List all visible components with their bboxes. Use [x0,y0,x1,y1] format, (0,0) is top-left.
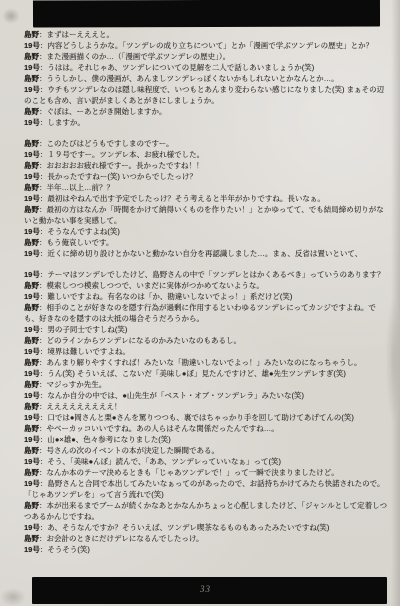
dialogue-line: 島野：半年…以上…前？？ [24,182,388,193]
dialogue-text: ：もう俺哀しいです。 [39,238,113,247]
speaker-name: 島野 [24,161,39,170]
dialogue-line: 島野：どのラインからツンデレになるのかみたいなのもあるし。 [24,335,388,346]
dialogue-line: 19号：口では●岡さんと栗●さんを罵りつつも、裏ではちゃっかり手を回して助けてあ… [24,412,388,423]
dialogue-text: ：本が出来るまでブームが続くかなあとかなんかちょっと心配しましたけど、「ジャンル… [24,501,387,521]
speaker-name: 島野 [24,534,39,543]
dialogue-line: 島野：また漫画描くのか…（「漫画で学ぶツンデレの歴史」）。 [24,51,388,62]
dialogue-text: ：やべーカッコいいですね。あの人らはそんな関係だったんですね…。 [39,424,279,433]
speaker-name: 19号 [24,249,40,258]
speaker-name: 島野 [24,336,39,345]
bottom-black-bar: 33 [32,577,387,604]
speaker-name: 島野 [24,30,39,39]
dialogue-line: 島野：相手のことが好きなのを隠す行為が過剰に作用するといわゆるツンデレにってカン… [24,302,388,324]
dialogue-line: 19号：長かったですねー(笑) いつからでしたっけ？ [24,171,388,182]
dialogue-text: ：相手のことが好きなのを隠す行為が過剰に作用するといわゆるツンデレにってカンジで… [24,303,376,323]
dialogue-text: ：１９号ですー。ツンデレ本、お疲れ様でした。 [40,150,204,159]
speaker-name: 19号 [24,347,40,356]
speaker-name: 島野 [24,107,39,116]
dialogue-text: ：号さんの次のイベントの本が決定した瞬間である。 [39,446,219,455]
dialogue-text: ：難しいですよね。有名なのは「か、勘違いしないでよっ！」系だけど(笑) [40,292,293,301]
dialogue-line: 19号：そうなんですよね(笑) [24,226,388,237]
dialogue-text: ：島野さんと合同で本出してみたいなぁってのがあったので、お話持ちかけてみたら快諾… [24,479,384,499]
dialogue-text: ：あんまり解りやすくすれば！みたいな「勘違いしないでよっ！」みたいなのになっちゃ… [39,358,362,367]
dialogue-text: ：うん(笑) そういえば、こないだ「美味し●ぼ」見たんですけど、雄●先生ツンデレ… [40,369,346,378]
dialogue-text: ：そうそう(笑) [40,545,90,554]
dialogue-line: 島野：最初の方はなんか「時間をかけて納得いくものを作りたい！」とかゆってて、でも… [24,204,388,226]
speaker-name: 19号 [24,194,40,203]
dialogue-block: 島野：このたびはどうもですしまのですー。19号：１９号ですー。ツンデレ本、お疲れ… [24,138,388,259]
dialogue-line: 島野：あんまり解りやすくすれば！みたいな「勘違いしないでよっ！」みたいなのになっ… [24,357,388,368]
dialogue-line: 19号：境界は難しいですよね。 [24,346,388,357]
speaker-name: 島野 [24,402,39,411]
dialogue-text: ：どのラインからツンデレになるのかみたいなのもあるし。 [39,336,241,345]
speaker-name: 19号 [24,172,40,181]
speaker-name: 19号 [24,545,40,554]
dialogue-text: ：あ、そうなんですか？そういえば、ツンデレ喫茶なるものもあったみたいですね(笑) [40,523,329,532]
speaker-name: 島野 [24,468,39,477]
dialogue-line: 19号：近くに締め切り設けとかないと動かない自分を再認識しました…。まぁ、反省は… [24,248,388,259]
dialogue-text: ：男の子同士ですしね(笑) [40,325,128,334]
speaker-name: 19号 [24,413,40,422]
dialogue-line: 19号：なんか自分の中では、●山先生が「ベスト・オブ・ツンデレラ」みたいな(笑) [24,390,388,401]
dialogue-text: ：ウチもツンデレなのは隠し味程度で、いつもとあんまり変わらない感じになりました(… [24,85,384,105]
speaker-name: 島野 [24,74,39,83]
dialogue-text: ：長かったですねー(笑) いつからでしたっけ？ [40,172,197,181]
dialogue-text: ：近くに締め切り設けとかないと動かない自分を再認識しました…。まぁ、反省は置いと… [40,249,362,258]
speaker-name: 島野 [24,501,39,510]
dialogue-line: 19号：最初はやねんで出す予定でしたっけ？そう考えると半年がかりですね。長いなぁ… [24,193,388,204]
dialogue-line: 19号：ウチもツンデレなのは隠し味程度で、いつもとあんまり変わらない感じになりま… [24,84,388,106]
dialogue-area: 島野：まずはーえええと。19号：内容どうしようかな。「ツンデレの成り立ちについて… [24,29,388,555]
speaker-name: 19号 [24,85,40,94]
dialogue-text: ：最初の方はなんか「時間をかけて納得いくものを作りたい！」とかゆってて、でも結局… [24,205,384,225]
dialogue-line: 島野：お会計のときにだけデレになるんでしたっけ。 [24,533,388,544]
dialogue-line: 19号：難しいですよね。有名なのは「か、勘違いしないでよっ！」系だけど(笑) [24,291,388,302]
dialogue-line: 島野：ぐぼは、ーあとがき開始しますか。 [24,106,388,117]
dialogue-line: 島野：おおおおお疲れ様ですー。長かったですね！！ [24,160,388,171]
dialogue-block: 島野：まずはーえええと。19号：内容どうしようかな。「ツンデレの成り立ちについて… [24,29,388,128]
speaker-name: 19号 [24,270,40,279]
dialogue-text: ：えええええええええ！ [39,402,122,411]
speaker-name: 島野 [24,52,39,61]
dialogue-text: ：お会計のときにだけデレになるんでしたっけ。 [39,534,204,543]
dialogue-line: 島野：まずはーえええと。 [24,29,388,40]
speaker-name: 19号 [24,118,40,127]
dialogue-line: 島野：えええええええええ！ [24,401,388,412]
speaker-name: 19号 [24,457,40,466]
dialogue-text: ：模索しつつ模索しつつで、いまだに実体がつかめてないような。 [39,281,264,290]
speaker-name: 19号 [24,325,40,334]
speaker-name: 19号 [24,292,40,301]
dialogue-text: ：うはは。それじゃあ、ツンデレについての見解を二人で話しあいましょうか(笑) [40,63,314,72]
speaker-name: 島野 [24,424,39,433]
dialogue-line: 19号：あ、そうなんですか？そういえば、ツンデレ喫茶なるものもあったみたいですね… [24,522,388,533]
dialogue-text: ：マジっすか先生。 [39,380,106,389]
dialogue-text: ：境界は難しいですよね。 [40,347,130,356]
dialogue-line: 19号：うん(笑) そういえば、こないだ「美味し●ぼ」見たんですけど、雄●先生ツ… [24,368,388,379]
dialogue-line: 島野：このたびはどうもですしまのですー。 [24,138,388,149]
dialogue-block: 19号：テーマはツンデレでしたけど、島野さんの中で「ツンデレとはかくあるべき」っ… [24,269,388,555]
speaker-name: 島野 [24,139,39,148]
dialogue-line: 19号：そう、「美味●んぼ」読んで、「ああ、ツンデレっていいなぁ」って(笑) [24,456,388,467]
dialogue-line: 島野：ううしかし、僕の漫画が、あんましツンデレっぽくないかもしれないとかなんとか… [24,73,388,84]
dialogue-line: 19号：１９号ですー。ツンデレ本、お疲れ様でした。 [24,149,388,160]
dialogue-text: ：内容どうしようかな。「ツンデレの成り立ちについて」とか「漫画で学ぶツンデレの歴… [40,41,373,50]
dialogue-line: 19号：男の子同士ですしね(笑) [24,324,388,335]
dialogue-line: 島野：やべーカッコいいですね。あの人らはそんな関係だったんですね…。 [24,423,388,434]
dialogue-line: 島野：マジっすか先生。 [24,379,388,390]
speaker-name: 19号 [24,523,40,532]
dialogue-line: 島野：なんか本のテーマ決めるときも「じゃあツンデレで！」って一瞬で決まりましたけ… [24,467,388,478]
dialogue-text: ：そうなんですよね(笑) [40,227,120,236]
dialogue-line: 島野：本が出来るまでブームが続くかなあとかなんかちょっと心配しましたけど、「ジャ… [24,500,388,522]
speaker-name: 19号 [24,391,40,400]
top-black-bar [33,0,380,27]
dialogue-line: 島野：もう俺哀しいです。 [24,237,388,248]
dialogue-line: 19号：うはは。それじゃあ、ツンデレについての見解を二人で話しあいましょうか(笑… [24,62,388,73]
speaker-name: 島野 [24,183,39,192]
dialogue-text: ：半年…以上…前？？ [39,183,114,192]
speaker-name: 島野 [24,380,39,389]
scan-edge-shadow [391,0,400,606]
dialogue-text: ：テーマはツンデレでしたけど、島野さんの中で「ツンデレとはかくあるべき」っていう… [40,270,385,279]
speaker-name: 19号 [24,150,40,159]
dialogue-text: ：おおおおお疲れ様ですー。長かったですね！！ [39,161,203,170]
speaker-name: 19号 [24,63,40,72]
dialogue-text: ：口では●岡さんと栗●さんを罵りつつも、裏ではちゃっかり手を回して助けてあげてん… [40,413,354,422]
speaker-name: 19号 [24,227,40,236]
dialogue-line: 19号：しますか。 [24,117,388,128]
speaker-name: 島野 [24,446,39,455]
speaker-name: 島野 [24,281,39,290]
dialogue-text: ：まずはーえええと。 [39,30,114,39]
dialogue-text: ：なんか本のテーマ決めるときも「じゃあツンデレで！」って一瞬で決まりましたけど。 [39,468,339,477]
dialogue-text: ：なんか自分の中では、●山先生が「ベスト・オブ・ツンデレラ」みたいな(笑) [40,391,304,400]
dialogue-line: 島野：号さんの次のイベントの本が決定した瞬間である。 [24,445,388,456]
speaker-name: 島野 [24,303,39,312]
speaker-name: 島野 [24,358,39,367]
dialogue-line: 島野：模索しつつ模索しつつで、いまだに実体がつかめてないような。 [24,280,388,291]
dialogue-text: ：しますか。 [40,118,85,127]
dialogue-text: ：このたびはどうもですしまのですー。 [39,139,173,148]
speaker-name: 島野 [24,205,39,214]
dialogue-line: 19号：山●×雄●、色々参考になりました(笑) [24,434,388,445]
dialogue-text: ：ううしかし、僕の漫画が、あんましツンデレっぽくないかもしれないとかなんとか…。 [39,74,339,83]
speaker-name: 19号 [24,435,40,444]
speaker-name: 19号 [24,41,40,50]
dialogue-line: 19号：テーマはツンデレでしたけど、島野さんの中で「ツンデレとはかくあるべき」っ… [24,269,388,280]
speaker-name: 19号 [24,369,40,378]
dialogue-text: ：そう、「美味●んぼ」読んで、「ああ、ツンデレっていいなぁ」って(笑) [40,457,281,466]
page-number: 33 [200,584,211,594]
dialogue-line: 19号：島野さんと合同で本出してみたいなぁってのがあったので、お話持ちかけてみた… [24,478,388,500]
dialogue-text: ：山●×雄●、色々参考になりました(笑) [40,435,171,444]
dialogue-text: ：最初はやねんで出す予定でしたっけ？そう考えると半年がかりですね。長いなぁ。 [40,194,325,203]
dialogue-line: 19号：そうそう(笑) [24,544,388,555]
dialogue-line: 19号：内容どうしようかな。「ツンデレの成り立ちについて」とか「漫画で学ぶツンデ… [24,40,388,51]
dialogue-text: ：ぐぼは、ーあとがき開始しますか。 [39,107,167,116]
speaker-name: 19号 [24,479,40,488]
dialogue-text: ：また漫画描くのか…（「漫画で学ぶツンデレの歴史」）。 [39,52,230,61]
speaker-name: 島野 [24,238,39,247]
